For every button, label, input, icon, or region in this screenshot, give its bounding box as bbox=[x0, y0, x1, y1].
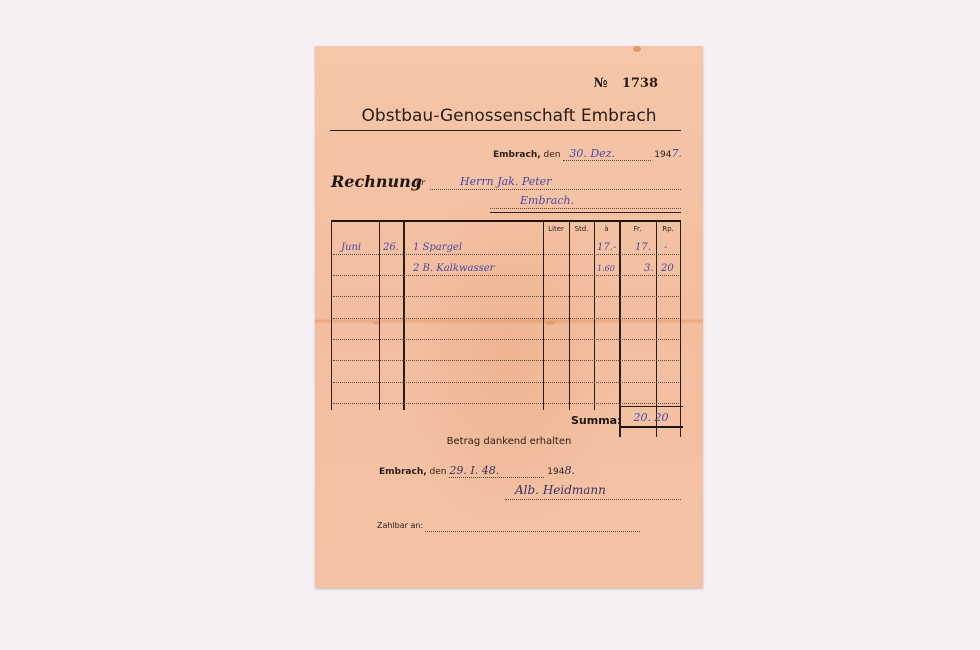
header-rule bbox=[330, 130, 681, 131]
col-border bbox=[680, 222, 681, 437]
row-line bbox=[333, 296, 679, 297]
number-value: 1738 bbox=[622, 76, 658, 91]
items-table: Liter Std. à Fr. Rp. Juni 26. 1 Spargel … bbox=[331, 220, 681, 410]
row-unit-price: 1.60 bbox=[597, 264, 615, 273]
receipt-place: Embrach, bbox=[379, 467, 427, 477]
receipt-year-handwritten: 8. bbox=[564, 464, 575, 477]
invoice-title: Rechnung bbox=[331, 172, 422, 191]
row-line bbox=[333, 403, 679, 404]
col-border bbox=[331, 222, 332, 410]
zahlbar-line bbox=[425, 531, 640, 532]
row-item: 2 B. Kalkwasser bbox=[413, 263, 494, 274]
signature-line bbox=[505, 499, 681, 500]
receipt-text: Betrag dankend erhalten bbox=[315, 436, 703, 447]
address-rule bbox=[490, 212, 681, 213]
row-line bbox=[333, 382, 679, 383]
row-day: 26. bbox=[383, 242, 399, 253]
header-rp: Rp. bbox=[656, 225, 680, 233]
stain bbox=[633, 46, 641, 52]
recipient-line-1 bbox=[430, 189, 681, 190]
header-liter: Liter bbox=[543, 225, 569, 233]
row-line bbox=[333, 254, 679, 255]
invoice-number: №1738 bbox=[594, 76, 658, 91]
row-line bbox=[333, 318, 679, 319]
receipt-date-handwritten: 29. I. 48. bbox=[449, 464, 499, 477]
invoice-paper: №1738 Obstbau-Genossenschaft Embrach Emb… bbox=[315, 46, 703, 588]
row-item: 1 Spargel bbox=[413, 242, 462, 253]
fuer-label: für bbox=[413, 178, 425, 187]
summa-value: 20. 20 bbox=[621, 411, 681, 424]
summa-rule-top bbox=[621, 406, 683, 407]
row-line bbox=[333, 275, 679, 276]
row-fr: 17. bbox=[635, 242, 651, 253]
summa-rule-bottom bbox=[621, 426, 683, 428]
year-handwritten: 7. bbox=[671, 147, 682, 160]
row-fr: 3. bbox=[644, 263, 654, 274]
recipient-name: Herrn Jak. Peter bbox=[460, 175, 551, 188]
recipient-line-2 bbox=[490, 208, 681, 209]
summa-label: Summa: bbox=[571, 414, 622, 427]
row-rp: - bbox=[664, 242, 667, 253]
receipt-date-field: 29. I. 48. bbox=[449, 464, 544, 478]
recipient-place: Embrach. bbox=[520, 194, 574, 207]
row-rp: 20 bbox=[661, 263, 674, 274]
signature: Alb. Heidmann bbox=[515, 483, 606, 497]
number-symbol: № bbox=[594, 76, 608, 91]
dateline-place: Embrach, bbox=[493, 150, 541, 160]
year-prefix: 194 bbox=[654, 150, 671, 160]
header-unit-price: à bbox=[594, 225, 619, 233]
receipt-den: den bbox=[430, 467, 447, 477]
organization-name: Obstbau-Genossenschaft Embrach bbox=[315, 106, 703, 126]
header-std: Std. bbox=[569, 225, 594, 233]
zahlbar-label: Zahlbar an: bbox=[377, 521, 423, 530]
receipt-dateline: Embrach, den 29. I. 48. 1948. bbox=[379, 464, 575, 478]
header-fr: Fr. bbox=[619, 225, 656, 233]
row-line bbox=[333, 360, 679, 361]
row-month: Juni bbox=[341, 242, 361, 253]
date-handwritten: 30. Dez. bbox=[563, 147, 615, 160]
row-line bbox=[333, 339, 679, 340]
dateline-den: den bbox=[544, 150, 561, 160]
receipt-year-prefix: 194 bbox=[547, 467, 564, 477]
invoice-dateline: Embrach, den 30. Dez. 1947. bbox=[493, 147, 682, 161]
date-field: 30. Dez. bbox=[563, 147, 651, 161]
row-unit-price: 17.- bbox=[597, 242, 616, 253]
